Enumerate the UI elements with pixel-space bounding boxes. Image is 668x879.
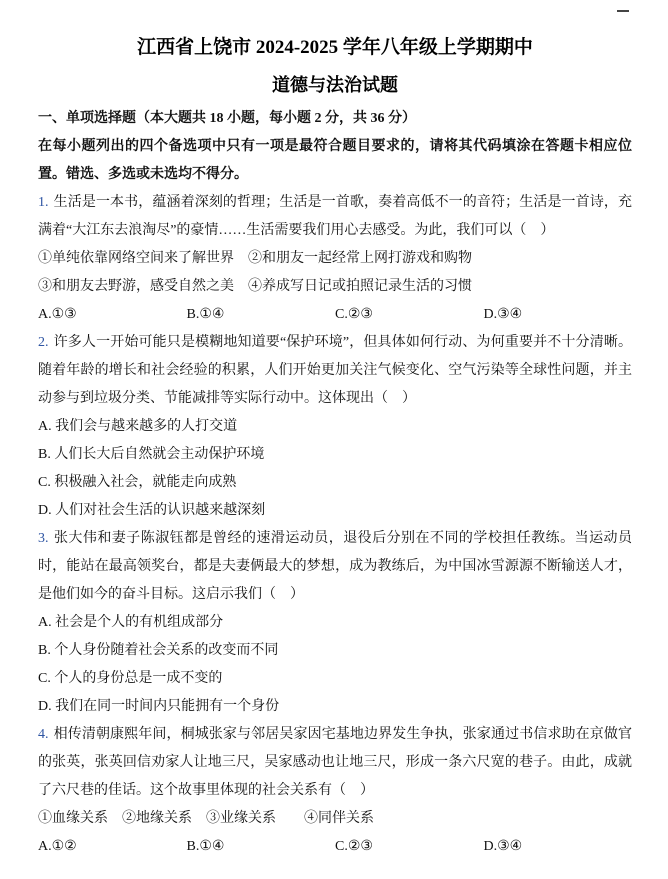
question-2-option-a: A. 我们会与越来越多的人打交道 — [38, 413, 632, 441]
question-4-stem: 4.相传清朝康熙年间，桐城张家与邻居吴家因宅基地边界发生争执，张家通过书信求助在… — [38, 721, 632, 805]
question-4-stem-text: 相传清朝康熙年间，桐城张家与邻居吴家因宅基地边界发生争执，张家通过书信求助在京做… — [38, 727, 632, 798]
question-3-option-c: C. 个人的身份总是一成不变的 — [38, 665, 632, 693]
question-2-stem-text: 许多人一开始可能只是模糊地知道要“保护环境”，但具体如何行动、为何重要并不十分清… — [38, 335, 632, 406]
question-1-items-line-2: ③和朋友去野游，感受自然之美 ④养成写日记或拍照记录生活的习惯 — [38, 273, 632, 301]
question-3-option-d: D. 我们在同一时间内只能拥有一个身份 — [38, 693, 632, 721]
question-1-number: 1. — [38, 195, 49, 210]
scan-artifact-mark — [617, 10, 629, 12]
question-2-option-b: B. 人们长大后自然就会主动保护环境 — [38, 441, 632, 469]
question-1-stem: 1.生活是一本书，蕴涵着深刻的哲理；生活是一首歌，奏着高低不一的音符；生活是一首… — [38, 189, 632, 245]
question-3-stem-text: 张大伟和妻子陈淑钰都是曾经的速滑运动员，退役后分别在不同的学校担任教练。当运动员… — [38, 531, 632, 602]
question-2-stem: 2.许多人一开始可能只是模糊地知道要“保护环境”，但具体如何行动、为何重要并不十… — [38, 329, 632, 413]
section-heading: 一、单项选择题（本大题共 18 小题，每小题 2 分，共 36 分） — [38, 105, 632, 133]
question-4-answer-row: A.①② B.①④ C.②③ D.③④ — [38, 833, 632, 861]
question-3-number: 3. — [38, 531, 49, 546]
question-1-stem-text: 生活是一本书，蕴涵着深刻的哲理；生活是一首歌，奏着高低不一的音符；生活是一首诗，… — [38, 195, 632, 238]
question-4-items-line-1: ①血缘关系 ②地缘关系 ③业缘关系 ④同伴关系 — [38, 805, 632, 833]
exam-body: 一、单项选择题（本大题共 18 小题，每小题 2 分，共 36 分） 在每小题列… — [38, 105, 632, 861]
question-3-option-b: B. 个人身份随着社会关系的改变而不同 — [38, 637, 632, 665]
question-1-option-a: A.①③ — [38, 301, 187, 329]
question-4-number: 4. — [38, 727, 49, 742]
question-3-stem: 3.张大伟和妻子陈淑钰都是曾经的速滑运动员，退役后分别在不同的学校担任教练。当运… — [38, 525, 632, 609]
question-4-option-a: A.①② — [38, 833, 187, 861]
question-4-option-c: C.②③ — [335, 833, 484, 861]
question-1-option-b: B.①④ — [187, 301, 336, 329]
question-2-number: 2. — [38, 335, 49, 350]
question-1-items-line-1: ①单纯依靠网络空间来了解世界 ②和朋友一起经常上网打游戏和购物 — [38, 245, 632, 273]
section-instructions: 在每小题列出的四个备选项中只有一项是最符合题目要求的，请将其代码填涂在答题卡相应… — [38, 133, 632, 189]
question-4-option-b: B.①④ — [187, 833, 336, 861]
question-4-option-d: D.③④ — [484, 833, 633, 861]
exam-title: 江西省上饶市 2024-2025 学年八年级上学期期中 — [38, 34, 632, 61]
question-1-option-c: C.②③ — [335, 301, 484, 329]
exam-subtitle: 道德与法治试题 — [38, 72, 632, 98]
question-2-option-c: C. 积极融入社会，就能走向成熟 — [38, 469, 632, 497]
question-1-answer-row: A.①③ B.①④ C.②③ D.③④ — [38, 301, 632, 329]
question-3-option-a: A. 社会是个人的有机组成部分 — [38, 609, 632, 637]
exam-paper-page: 江西省上饶市 2024-2025 学年八年级上学期期中 道德与法治试题 一、单项… — [0, 0, 668, 879]
question-2-option-d: D. 人们对社会生活的认识越来越深刻 — [38, 497, 632, 525]
question-1-option-d: D.③④ — [484, 301, 633, 329]
